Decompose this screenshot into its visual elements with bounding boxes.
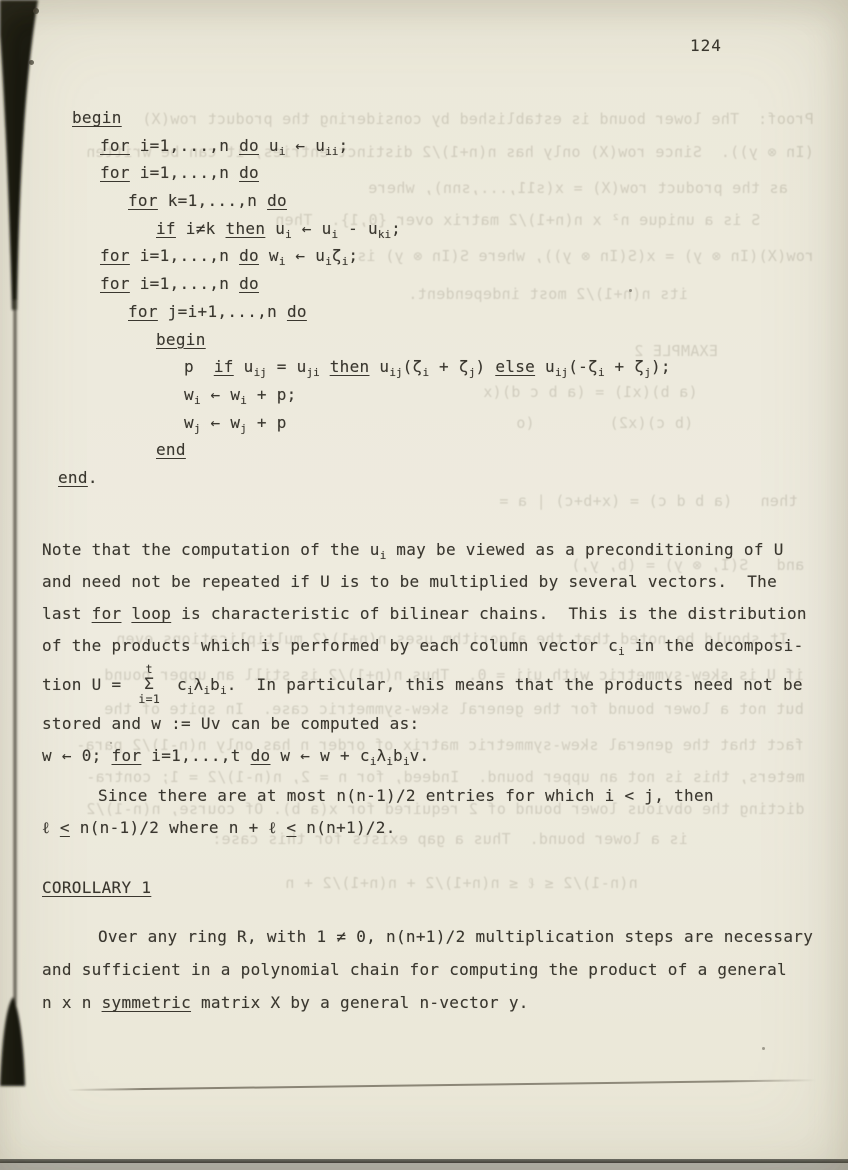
- ghost-line: then (a b d c) = (x+b+c) | a =: [499, 492, 798, 510]
- text-line: of the products which is performed by ea…: [42, 630, 807, 662]
- text-line: n x n symmetric matrix X by a general n-…: [42, 986, 813, 1019]
- text-line: and need not be repeated if U is to be m…: [42, 566, 807, 598]
- code-line: if i≠k then ui ← ui - uki;: [156, 215, 671, 243]
- code-line: for i=1,...,n do ui ← uii;: [100, 132, 671, 160]
- body-text: Note that the computation of the ui may …: [42, 534, 807, 844]
- text-line: w ← 0; for i=1,...,t do w ← w + ciλibiv.: [42, 740, 807, 772]
- code-line: end: [156, 436, 671, 464]
- scan-bottom-strip: [0, 1163, 848, 1170]
- paper-speck: [110, 742, 112, 744]
- text-line: Over any ring R, with 1 ≠ 0, n(n+1)/2 mu…: [98, 920, 813, 953]
- text-line: last for loop is characteristic of bilin…: [42, 598, 807, 630]
- paper-speck: [29, 60, 34, 65]
- page-number: 124: [690, 36, 722, 55]
- text-line: ℓ < n(n-1)/2 where n + ℓ < n(n+1)/2.: [42, 812, 807, 844]
- algorithm-pseudocode: beginfor i=1,...,n do ui ← uii;for i=1,.…: [58, 104, 671, 492]
- code-line: begin: [156, 326, 671, 354]
- code-line: begin: [72, 104, 671, 132]
- code-line: for k=1,...,n do: [128, 187, 671, 215]
- paper-speck: [33, 8, 39, 14]
- text-line: Note that the computation of the ui may …: [42, 534, 807, 566]
- corollary-section: COROLLARY 1Over any ring R, with 1 ≠ 0, …: [42, 876, 813, 1019]
- text-line: tion U = tΣi=1 ciλibi. In particular, th…: [42, 662, 807, 708]
- text-line: and sufficient in a polynomial chain for…: [42, 953, 813, 986]
- code-line: end.: [58, 464, 671, 492]
- paper-speck: [762, 1047, 765, 1050]
- page-edge-line: [68, 1079, 816, 1090]
- sigma-summation: tΣi=1: [138, 663, 160, 705]
- code-line: p if uij = uji then uij(ζi + ζj) else ui…: [184, 353, 671, 381]
- code-line: wj ← wj + p: [184, 409, 671, 437]
- code-line: wi ← wi + p;: [184, 381, 671, 409]
- code-line: for i=1,...,n do: [100, 159, 671, 187]
- scanned-page: Proof: The lower bound is established by…: [0, 0, 848, 1170]
- text-line: stored and w := Uv can be computed as:: [42, 708, 807, 740]
- corollary-heading: COROLLARY 1: [42, 876, 813, 920]
- code-line: for j=i+1,...,n do: [128, 298, 671, 326]
- code-line: for i=1,...,n do wi ← uiζi;: [100, 242, 671, 270]
- paper-speck: [629, 289, 632, 292]
- code-line: for i=1,...,n do: [100, 270, 671, 298]
- text-line: Since there are at most n(n-1)/2 entries…: [98, 780, 807, 812]
